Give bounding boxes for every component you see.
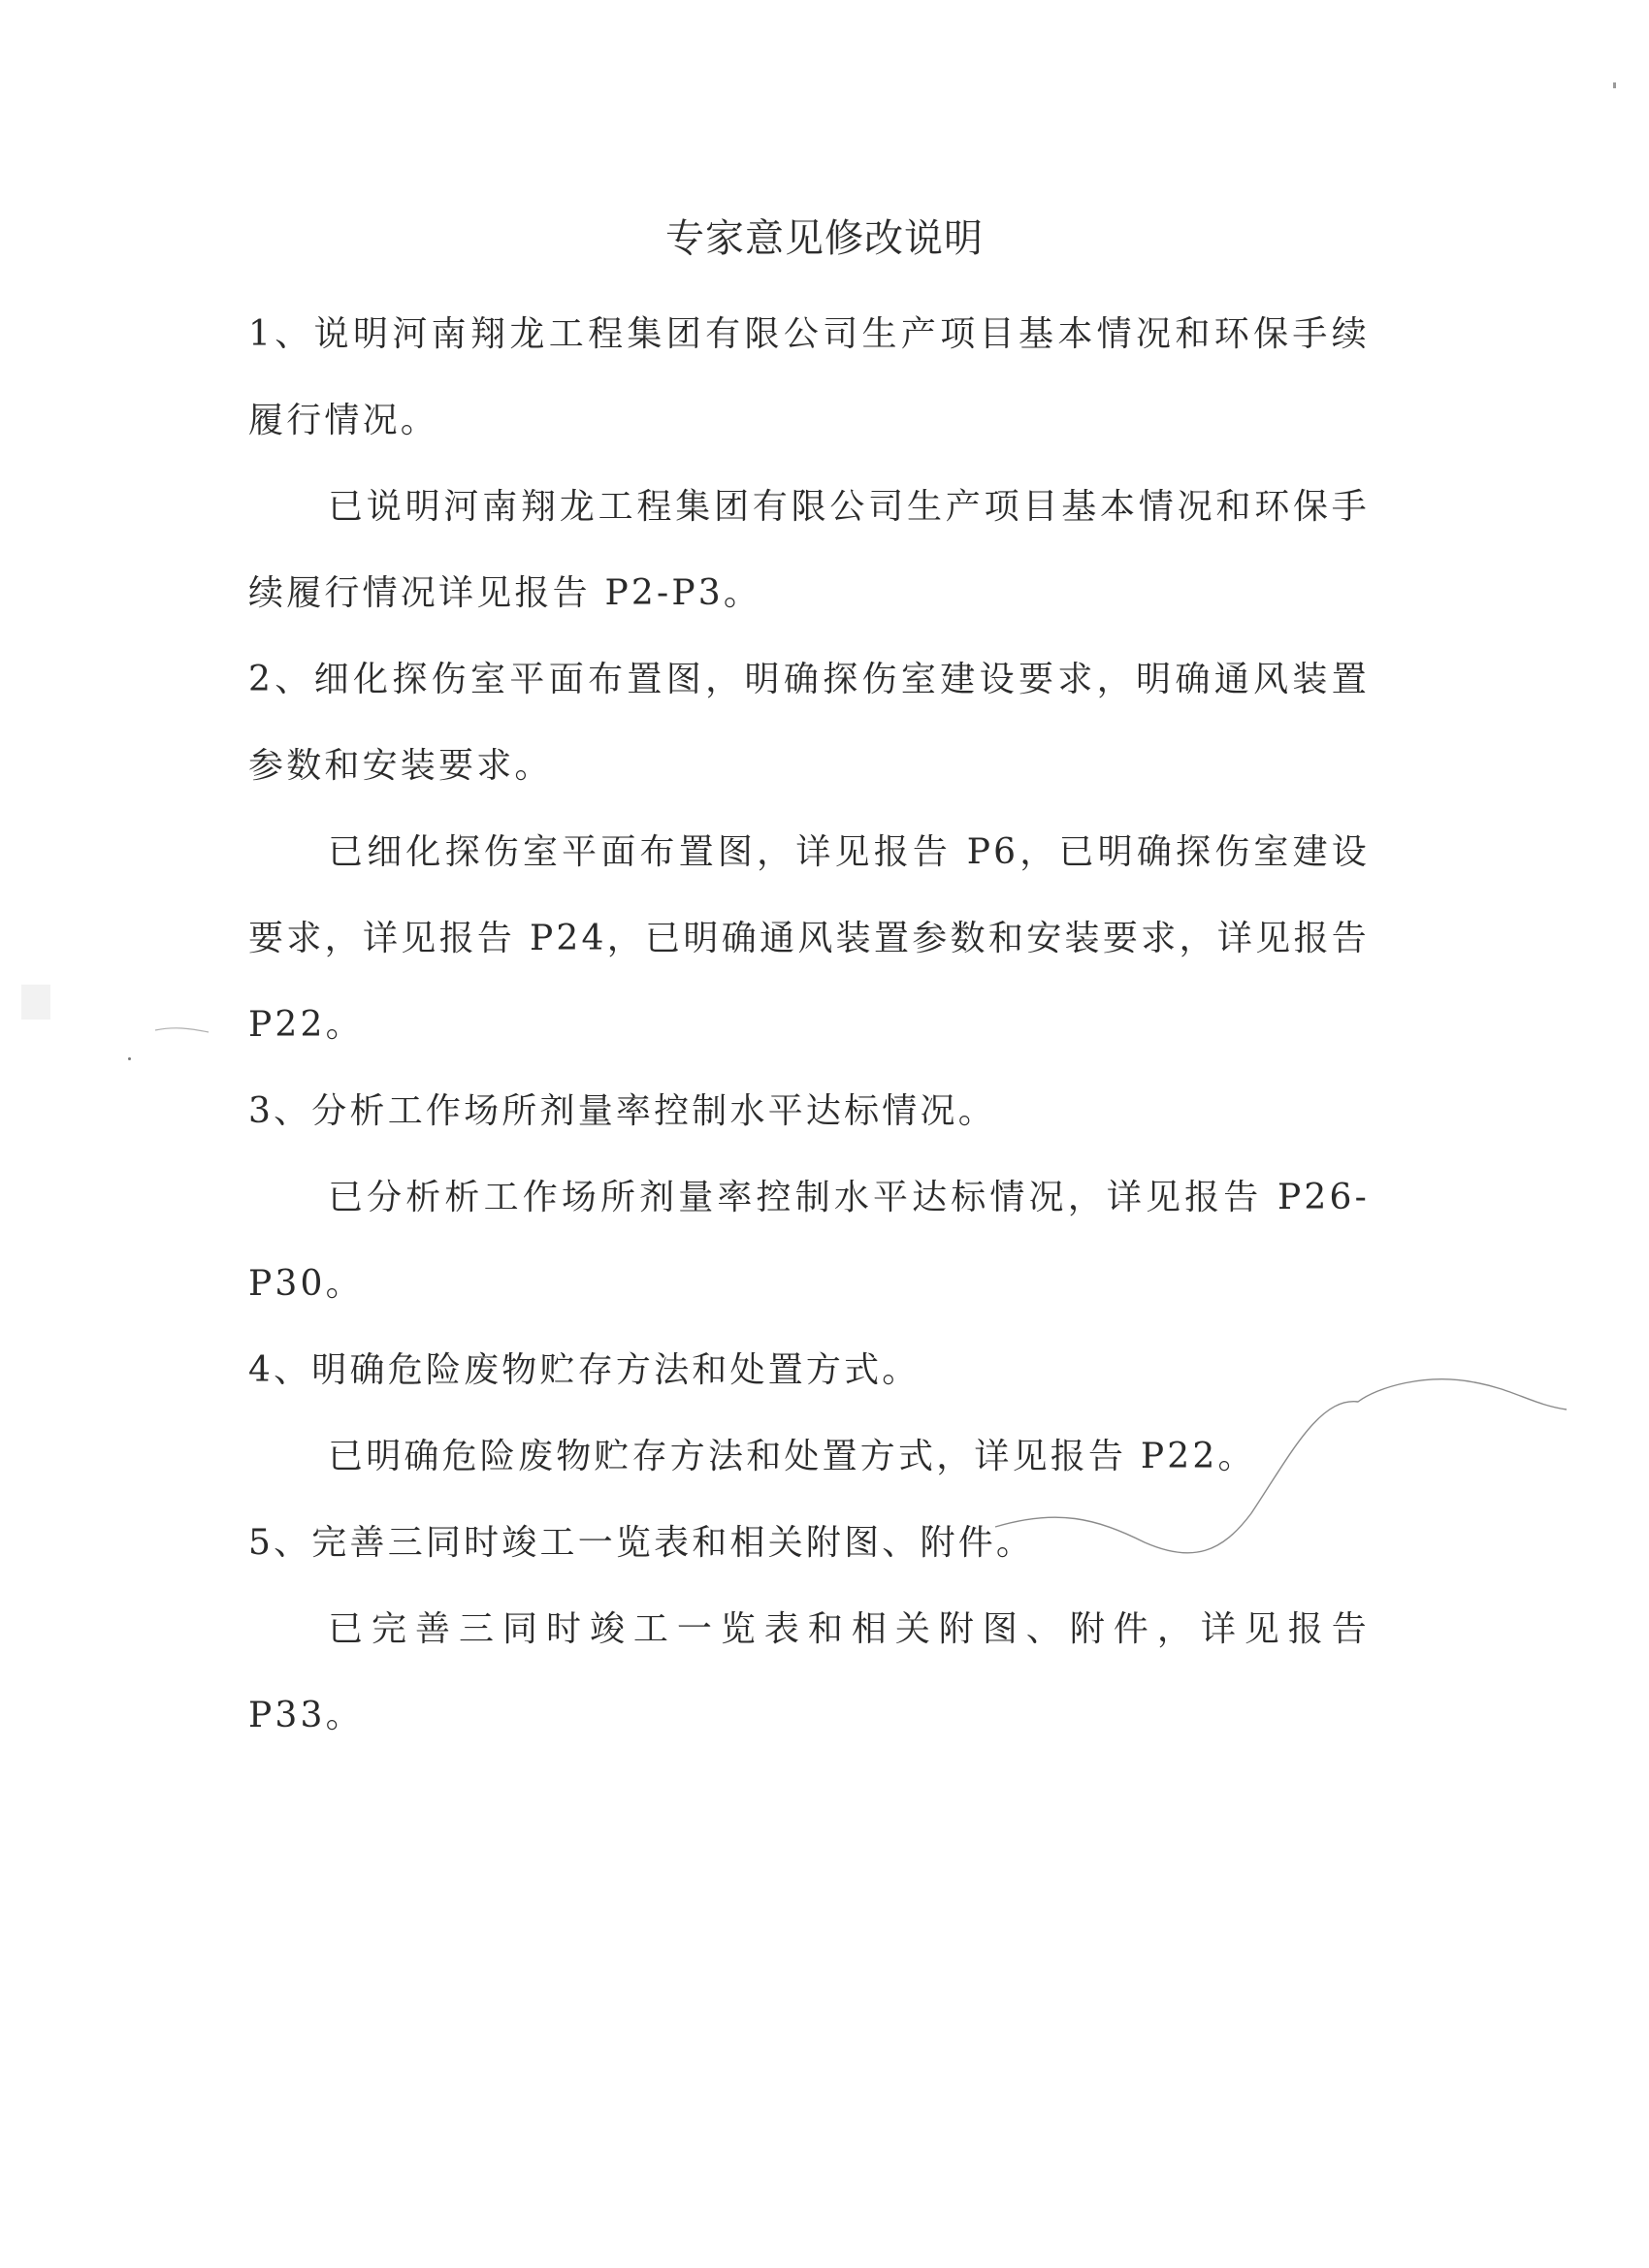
scanned-page: 专家意见修改说明 1、说明河南翔龙工程集团有限公司生产项目基本情况和环保手续履行…	[0, 0, 1649, 2268]
pencil-stroke-icon	[0, 0, 1649, 2268]
